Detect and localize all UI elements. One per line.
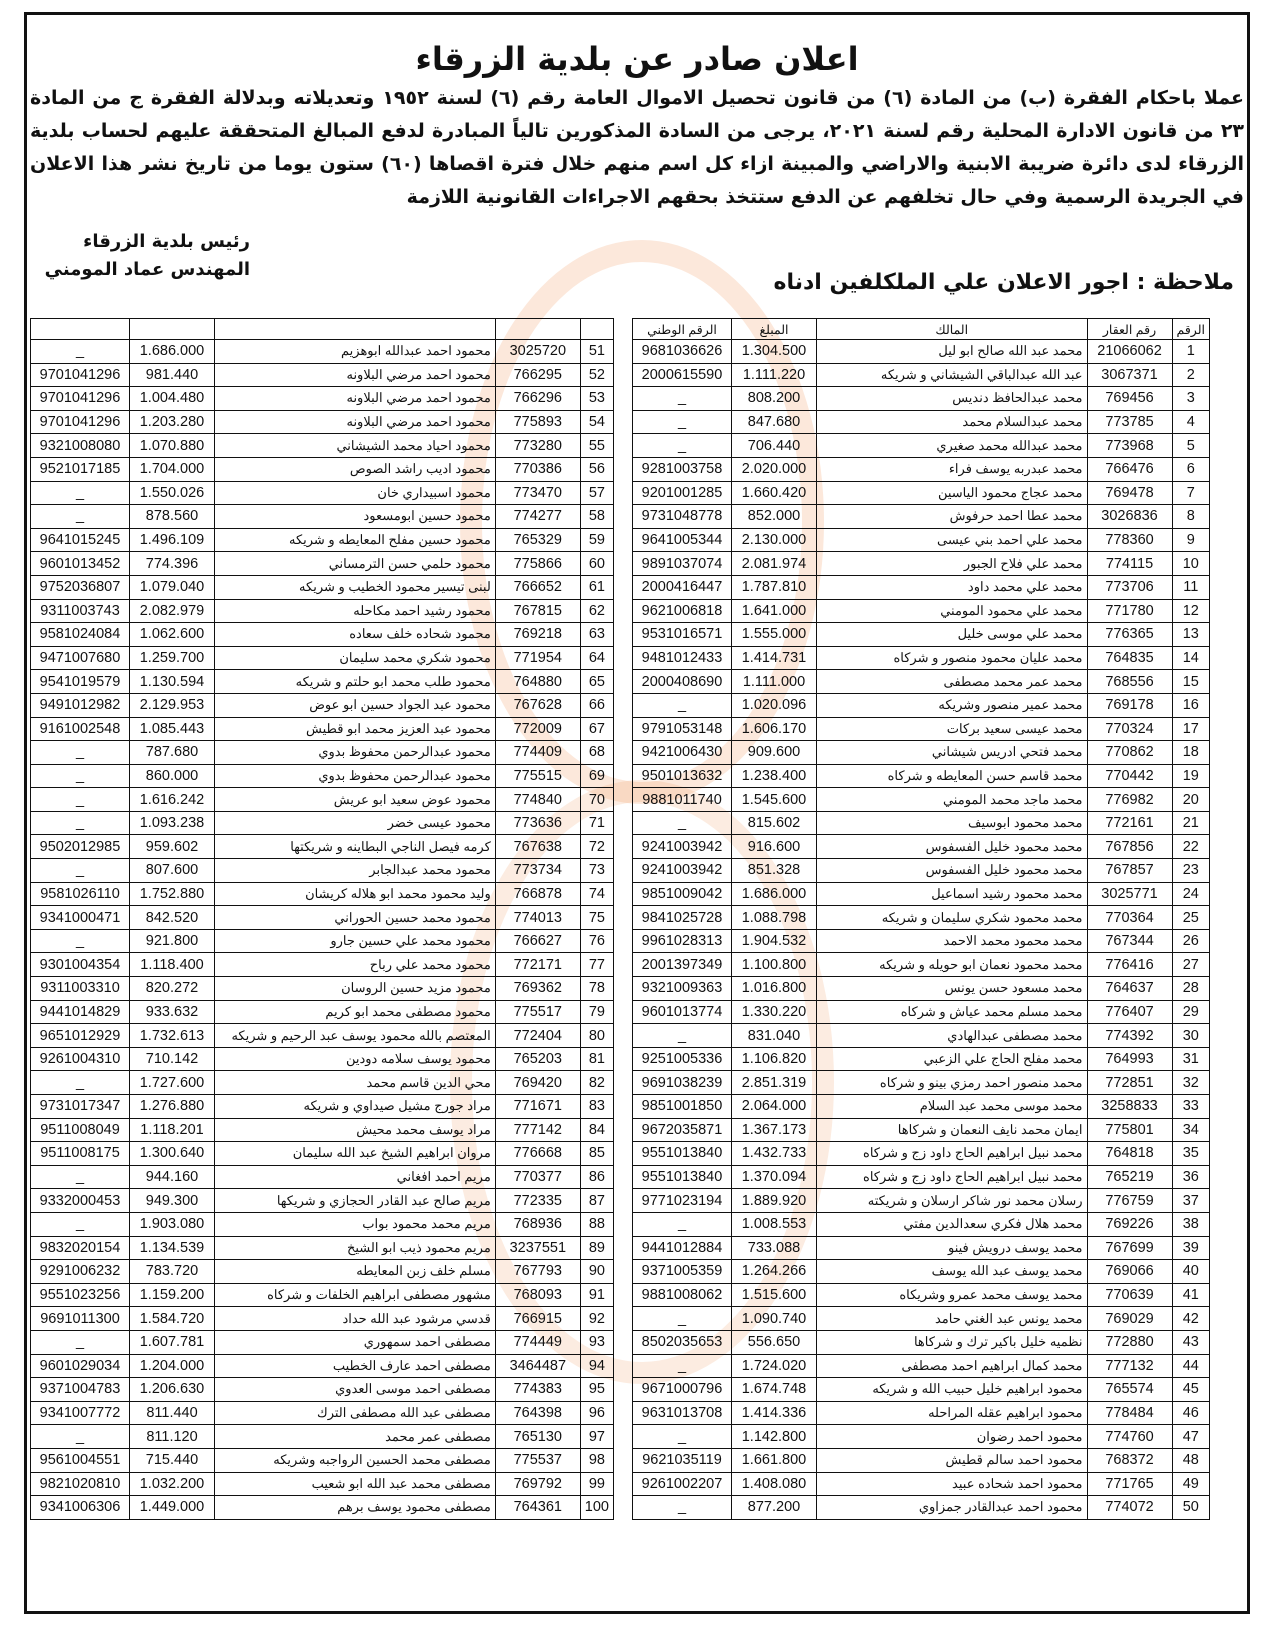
property-number: 765219	[1087, 1165, 1172, 1189]
national-id: _	[31, 1212, 130, 1236]
row-number: 25	[1172, 906, 1209, 930]
table-row: 91768093مشهور مصطفى ابراهيم الخلفات و شر…	[31, 1283, 614, 1307]
amount: 959.602	[130, 835, 215, 859]
table-row: 98775537مصطفى محمد الحسين الرواجبه وشريك…	[31, 1448, 614, 1472]
owner-name: مصطفى محمد الحسين الرواجبه وشريكه	[215, 1448, 496, 1472]
amount: 1.004.480	[130, 387, 215, 411]
amount: 815.602	[732, 811, 817, 835]
row-number: 78	[580, 977, 613, 1001]
row-number: 95	[580, 1378, 613, 1402]
national-id: 9261002207	[633, 1472, 732, 1496]
owner-name: محمد علي احمد بني عيسى	[817, 528, 1088, 552]
row-number: 87	[580, 1189, 613, 1213]
row-number: 75	[580, 906, 613, 930]
amount: 842.520	[130, 906, 215, 930]
amount: 2.064.000	[732, 1095, 817, 1119]
amount: 710.142	[130, 1047, 215, 1071]
national-id: 9701041296	[31, 363, 130, 387]
row-number: 46	[1172, 1401, 1209, 1425]
property-number: 770862	[1087, 741, 1172, 765]
owner-name: محمود مصطفى محمد ابو كريم	[215, 1000, 496, 1024]
national-id: 9881011740	[633, 788, 732, 812]
property-number: 769456	[1087, 387, 1172, 411]
table-row: 69775515محمود عبدالرحمن محفوظ بدوي860.00…	[31, 764, 614, 788]
table-row: 76766627محمود محمد علي حسين جارو921.800_	[31, 929, 614, 953]
property-number: 764398	[495, 1401, 580, 1425]
national-id: 9491012982	[31, 693, 130, 717]
row-number: 61	[580, 575, 613, 599]
table-row: 99769792مصطفى محمد عبد الله ابو شعيب1.03…	[31, 1472, 614, 1496]
amount: 1.555.000	[732, 623, 817, 647]
row-number: 7	[1172, 481, 1209, 505]
row-number: 11	[1172, 575, 1209, 599]
row-number: 62	[580, 599, 613, 623]
amount: 949.300	[130, 1189, 215, 1213]
table-row: 75774013محمود محمد حسين الحوراني842.5209…	[31, 906, 614, 930]
header-no	[580, 319, 613, 340]
row-number: 32	[1172, 1071, 1209, 1095]
owner-name: محمد محمود نعمان ابو حويله و شريكه	[817, 953, 1088, 977]
table-row: 121066062محمد عبد الله صالح ابو ليل1.304…	[633, 340, 1210, 364]
table-row: 83771671مراد جورج مشيل صيداوي و شريكه1.2…	[31, 1095, 614, 1119]
table-row: 18770862محمد فتحي ادريس شيشاني909.600942…	[633, 741, 1210, 765]
amount: 1.367.173	[732, 1118, 817, 1142]
announcement-body: عملا باحكام الفقرة (ب) من المادة (٦) من …	[30, 82, 1244, 214]
property-number: 774072	[1087, 1496, 1172, 1520]
row-number: 82	[580, 1071, 613, 1095]
row-number: 88	[580, 1212, 613, 1236]
table-row: 97765130مصطفى عمر محمد811.120_	[31, 1425, 614, 1449]
owner-name: محمد عبدالله محمد صغيري	[817, 434, 1088, 458]
national-id: 9851009042	[633, 882, 732, 906]
row-number: 47	[1172, 1425, 1209, 1449]
row-number: 60	[580, 552, 613, 576]
property-number: 764993	[1087, 1047, 1172, 1071]
property-number: 774409	[495, 741, 580, 765]
property-number: 764835	[1087, 646, 1172, 670]
national-id: _	[31, 859, 130, 883]
owner-name: محمد نبيل ابراهيم الحاج داود زج و شركاه	[817, 1165, 1088, 1189]
owner-name: مسلم خلف زبن المعايطه	[215, 1260, 496, 1284]
national-id: _	[633, 1354, 732, 1378]
national-id: _	[31, 340, 130, 364]
property-number: 766476	[1087, 457, 1172, 481]
owner-name: محمد محمود خليل الفسفوس	[817, 835, 1088, 859]
national-id: _	[633, 1024, 732, 1048]
property-number: 772161	[1087, 811, 1172, 835]
national-id: _	[31, 811, 130, 835]
table-row: 52766295محمود احمد مرضي البلاونه981.4409…	[31, 363, 614, 387]
property-number: 774840	[495, 788, 580, 812]
owner-name: مصطفى احمد عارف الخطيب	[215, 1354, 496, 1378]
table-header-row: الرقم رقم العقار المالك المبلغ الرقم الو…	[633, 319, 1210, 340]
row-number: 86	[580, 1165, 613, 1189]
amount: 1.020.096	[732, 693, 817, 717]
row-number: 36	[1172, 1165, 1209, 1189]
owner-name: محمود حلمي حسن الترمساني	[215, 552, 496, 576]
owner-name: محمود اديب راشد الصوص	[215, 457, 496, 481]
amount: 1.238.400	[732, 764, 817, 788]
row-number: 66	[580, 693, 613, 717]
property-number: 765130	[495, 1425, 580, 1449]
row-number: 77	[580, 953, 613, 977]
row-number: 93	[580, 1330, 613, 1354]
header-property: رقم العقار	[1087, 319, 1172, 340]
amount: 1.414.336	[732, 1401, 817, 1425]
national-id: 9681036626	[633, 340, 732, 364]
owner-name: مريم احمد افغاني	[215, 1165, 496, 1189]
amount: 1.704.000	[130, 457, 215, 481]
property-number: 775537	[495, 1448, 580, 1472]
owner-name: نظميه خليل باكير ترك و شركاها	[817, 1330, 1088, 1354]
national-id: 9701041296	[31, 410, 130, 434]
row-number: 44	[1172, 1354, 1209, 1378]
row-number: 71	[580, 811, 613, 835]
row-number: 58	[580, 505, 613, 529]
property-number: 775893	[495, 410, 580, 434]
row-number: 63	[580, 623, 613, 647]
national-id: 9371005359	[633, 1260, 732, 1284]
property-number: 3025720	[495, 340, 580, 364]
table-row: 85776668مروان ابراهيم الشيخ عبد الله سلي…	[31, 1142, 614, 1166]
property-number: 771765	[1087, 1472, 1172, 1496]
row-number: 84	[580, 1118, 613, 1142]
table-row: 47774760محمود احمد رضوان1.142.800_	[633, 1425, 1210, 1449]
national-id: 9441014829	[31, 1000, 130, 1024]
announcement-note: ملاحظة : اجور الاعلان علي الملكلفين ادنا…	[773, 270, 1234, 295]
national-id: 9601013452	[31, 552, 130, 576]
national-id: 9421006430	[633, 741, 732, 765]
row-number: 74	[580, 882, 613, 906]
amount: 909.600	[732, 741, 817, 765]
table-row: 59765329محمود حسين مفلح المعايطه و شريكه…	[31, 528, 614, 552]
national-id: 9771023194	[633, 1189, 732, 1213]
amount: 811.440	[130, 1401, 215, 1425]
owner-name: مريم محمد محمود بواب	[215, 1212, 496, 1236]
national-id: 9551013840	[633, 1165, 732, 1189]
row-number: 2	[1172, 363, 1209, 387]
table-row: 63769218محمود شحاده خلف سعاده1.062.60095…	[31, 623, 614, 647]
amount: 1.093.238	[130, 811, 215, 835]
national-id: 9161002548	[31, 717, 130, 741]
amount: 1.111.220	[732, 363, 817, 387]
owner-name: محمد عجاج محمود الياسين	[817, 481, 1088, 505]
amount: 2.130.000	[732, 528, 817, 552]
owner-name: محمد مصطفى عبدالهادي	[817, 1024, 1088, 1048]
national-id: 9311003743	[31, 599, 130, 623]
national-id: 9531016571	[633, 623, 732, 647]
amount: 1.496.109	[130, 528, 215, 552]
table-row: 74766878وليد محمود محمد ابو هلاله كريشان…	[31, 882, 614, 906]
owner-name: محمد محمود شكري سليمان و شريكه	[817, 906, 1088, 930]
table-row: 5773968محمد عبدالله محمد صغيري706.440_	[633, 434, 1210, 458]
property-number: 769792	[495, 1472, 580, 1496]
owner-name: محمد عبدالسلام محمد	[817, 410, 1088, 434]
property-number: 775515	[495, 764, 580, 788]
table-row: 19770442محمد قاسم حسن المعايطه و شركاه1.…	[633, 764, 1210, 788]
national-id: 9601013774	[633, 1000, 732, 1024]
owner-name: محمد منصور احمد رمزي بينو و شركاه	[817, 1071, 1088, 1095]
announcement-title: اعلان صادر عن بلدية الزرقاء	[0, 40, 1274, 78]
row-number: 40	[1172, 1260, 1209, 1284]
amount: 1.686.000	[732, 882, 817, 906]
amount: 1.449.000	[130, 1496, 215, 1520]
row-number: 8	[1172, 505, 1209, 529]
property-number: 767857	[1087, 859, 1172, 883]
owner-name: محمد يوسف عبد الله يوسف	[817, 1260, 1088, 1284]
national-id: 9481012433	[633, 646, 732, 670]
national-id: 9881008062	[633, 1283, 732, 1307]
national-id: 9541019579	[31, 670, 130, 694]
owner-name: محمود احمد عبدالله ابوهزيم	[215, 340, 496, 364]
table-row: 96764398مصطفى عبد الله مصطفى الترك811.44…	[31, 1401, 614, 1425]
property-number: 772880	[1087, 1330, 1172, 1354]
amount: 1.106.820	[732, 1047, 817, 1071]
table-row: 20776982محمد ماجد محمد المومني1.545.6009…	[633, 788, 1210, 812]
national-id: 9961028313	[633, 929, 732, 953]
national-id: _	[31, 1165, 130, 1189]
amount: 1.584.720	[130, 1307, 215, 1331]
national-id: 9691038239	[633, 1071, 732, 1095]
owner-name: محمد عبدالحافظ دنديس	[817, 387, 1088, 411]
row-number: 99	[580, 1472, 613, 1496]
national-id: 9241003942	[633, 859, 732, 883]
header-owner	[215, 319, 496, 340]
table-body-right: 121066062محمد عبد الله صالح ابو ليل1.304…	[633, 340, 1210, 1520]
amount: 2.081.974	[732, 552, 817, 576]
row-number: 41	[1172, 1283, 1209, 1307]
property-number: 769218	[495, 623, 580, 647]
table-row: 48768372محمود احمد سالم قطيش1.661.800962…	[633, 1448, 1210, 1472]
national-id: 9651012929	[31, 1024, 130, 1048]
amount: 1.130.594	[130, 670, 215, 694]
owner-name: محمد يونس عبد الغني حامد	[817, 1307, 1088, 1331]
table-row: 92766915قدسي مرشود عبد الله حداد1.584.72…	[31, 1307, 614, 1331]
row-number: 37	[1172, 1189, 1209, 1213]
row-number: 72	[580, 835, 613, 859]
property-number: 764880	[495, 670, 580, 694]
national-id: 2000615590	[633, 363, 732, 387]
property-number: 776982	[1087, 788, 1172, 812]
table-row: 65764880محمود طلب محمد ابو حلتم و شريكه1…	[31, 670, 614, 694]
national-id: 9511008049	[31, 1118, 130, 1142]
property-number: 767344	[1087, 929, 1172, 953]
owner-name: محمد قاسم حسن المعايطه و شركاه	[817, 764, 1088, 788]
national-id: _	[31, 764, 130, 788]
owner-name: محمود يوسف سلامه دودين	[215, 1047, 496, 1071]
property-number: 764818	[1087, 1142, 1172, 1166]
owner-name: محمود محمد علي حسين جارو	[215, 929, 496, 953]
row-number: 35	[1172, 1142, 1209, 1166]
national-id: _	[633, 811, 732, 835]
row-number: 26	[1172, 929, 1209, 953]
property-number: 3237551	[495, 1236, 580, 1260]
owner-name: محمد يوسف محمد عمرو وشريكاه	[817, 1283, 1088, 1307]
owner-name: المعتصم بالله محمود يوسف عبد الرحيم و شر…	[215, 1024, 496, 1048]
national-id: 9581026110	[31, 882, 130, 906]
header-national-id: الرقم الوطني	[633, 319, 732, 340]
amount: 808.200	[732, 387, 817, 411]
national-id: 9731017347	[31, 1095, 130, 1119]
owner-name: محمد هلال فكري سعدالدين مفتي	[817, 1212, 1088, 1236]
table-row: 81765203محمود يوسف سلامه دودين710.142926…	[31, 1047, 614, 1071]
owner-name: محمد كمال ابراهيم احمد مصطفى	[817, 1354, 1088, 1378]
amount: 944.160	[130, 1165, 215, 1189]
national-id: _	[633, 1307, 732, 1331]
amount: 1.904.532	[732, 929, 817, 953]
header-amount	[130, 319, 215, 340]
property-number: 769362	[495, 977, 580, 1001]
amount: 807.600	[130, 859, 215, 883]
amount: 852.000	[732, 505, 817, 529]
property-number: 776365	[1087, 623, 1172, 647]
amount: 1.159.200	[130, 1283, 215, 1307]
table-row: 9778360محمد علي احمد بني عيسى2.130.00096…	[633, 528, 1210, 552]
property-number: 772009	[495, 717, 580, 741]
row-number: 52	[580, 363, 613, 387]
table-row: 23767857محمد محمود خليل الفسفوس851.32892…	[633, 859, 1210, 883]
signature-name: المهندس عماد المومني	[30, 256, 250, 284]
national-id: _	[31, 929, 130, 953]
row-number: 15	[1172, 670, 1209, 694]
national-id: 9581024084	[31, 623, 130, 647]
row-number: 98	[580, 1448, 613, 1472]
property-number: 769226	[1087, 1212, 1172, 1236]
national-id: 9891037074	[633, 552, 732, 576]
table-row: 55773280محمود احياد محمد الشيشاني1.070.8…	[31, 434, 614, 458]
owner-name: محمود حسين ابومسعود	[215, 505, 496, 529]
national-id: 9821020810	[31, 1472, 130, 1496]
table-row: 68774409محمود عبدالرحمن محفوظ بدوي787.68…	[31, 741, 614, 765]
row-number: 28	[1172, 977, 1209, 1001]
national-id: 9551013840	[633, 1142, 732, 1166]
amount: 1.550.026	[130, 481, 215, 505]
amount: 1.515.600	[732, 1283, 817, 1307]
owner-name: مصطفى محمد عبد الله ابو شعيب	[215, 1472, 496, 1496]
property-number: 773636	[495, 811, 580, 835]
table-row: 3769456محمد عبدالحافظ دنديس808.200_	[633, 387, 1210, 411]
amount: 1.660.420	[732, 481, 817, 505]
property-number: 765329	[495, 528, 580, 552]
property-number: 774383	[495, 1378, 580, 1402]
owner-name: محمود عبدالرحمن محفوظ بدوي	[215, 741, 496, 765]
property-number: 3258833	[1087, 1095, 1172, 1119]
table-row: 54775893محمود احمد مرضي البلاونه1.203.28…	[31, 410, 614, 434]
property-number: 769029	[1087, 1307, 1172, 1331]
national-id: 9672035871	[633, 1118, 732, 1142]
owner-name: محمود عبد العزيز محمد ابو قطيش	[215, 717, 496, 741]
national-id: _	[633, 434, 732, 458]
property-number: 776668	[495, 1142, 580, 1166]
row-number: 9	[1172, 528, 1209, 552]
table-row: 72767638كرمه فيصل الناجي البطاينه و شريك…	[31, 835, 614, 859]
national-id: 9631013708	[633, 1401, 732, 1425]
owners-table-left: 513025720محمود احمد عبدالله ابوهزيم1.686…	[30, 318, 614, 1520]
table-row: 50774072محمود احمد عبدالقادر جمزاوي877.2…	[633, 1496, 1210, 1520]
row-number: 6	[1172, 457, 1209, 481]
property-number: 772851	[1087, 1071, 1172, 1095]
table-row: 83026836محمد عطا احمد حرفوش852.000973104…	[633, 505, 1210, 529]
owner-name: محمد محمود رشيد اسماعيل	[817, 882, 1088, 906]
row-number: 43	[1172, 1330, 1209, 1354]
table-row: 14764835محمد عليان محمود منصور و شركاه1.…	[633, 646, 1210, 670]
row-number: 30	[1172, 1024, 1209, 1048]
national-id: _	[31, 505, 130, 529]
owner-name: محمد علي فلاح الجبور	[817, 552, 1088, 576]
national-id: 9601029034	[31, 1354, 130, 1378]
table-row: 30774392محمد مصطفى عبدالهادي831.040_	[633, 1024, 1210, 1048]
amount: 1.203.280	[130, 410, 215, 434]
property-number: 769178	[1087, 693, 1172, 717]
property-number: 776416	[1087, 953, 1172, 977]
owner-name: محمود احياد محمد الشيشاني	[215, 434, 496, 458]
property-number: 765203	[495, 1047, 580, 1071]
table-body-left: 513025720محمود احمد عبدالله ابوهزيم1.686…	[31, 340, 614, 1520]
row-number: 24	[1172, 882, 1209, 906]
table-row: 45765574محمود ابراهيم خليل حبيب الله و ش…	[633, 1378, 1210, 1402]
row-number: 1	[1172, 340, 1209, 364]
table-row: 58774277محمود حسين ابومسعود878.560_	[31, 505, 614, 529]
table-row: 80772404المعتصم بالله محمود يوسف عبد الر…	[31, 1024, 614, 1048]
amount: 1.724.020	[732, 1354, 817, 1378]
row-number: 57	[580, 481, 613, 505]
row-number: 100	[580, 1496, 613, 1520]
owner-name: محمد موسى محمد عبد السلام	[817, 1095, 1088, 1119]
table-row: 70774840محمود عوض سعيد ابو عريش1.616.242…	[31, 788, 614, 812]
amount: 1.118.201	[130, 1118, 215, 1142]
row-number: 51	[580, 340, 613, 364]
property-number: 767628	[495, 693, 580, 717]
row-number: 68	[580, 741, 613, 765]
national-id: 9521017185	[31, 457, 130, 481]
amount: 811.120	[130, 1425, 215, 1449]
owner-name: محمد عليان محمود منصور و شركاه	[817, 646, 1088, 670]
owner-name: مصطفى محمود يوسف برهم	[215, 1496, 496, 1520]
row-number: 16	[1172, 693, 1209, 717]
national-id: 9501013632	[633, 764, 732, 788]
property-number: 767793	[495, 1260, 580, 1284]
amount: 1.408.080	[732, 1472, 817, 1496]
amount: 1.118.400	[130, 953, 215, 977]
amount: 820.272	[130, 977, 215, 1001]
national-id: 9621006818	[633, 599, 732, 623]
amount: 1.787.810	[732, 575, 817, 599]
row-number: 49	[1172, 1472, 1209, 1496]
property-number: 774115	[1087, 552, 1172, 576]
owner-name: محمد عيسى سعيد بركات	[817, 717, 1088, 741]
table-row: 100764361مصطفى محمود يوسف برهم1.449.0009…	[31, 1496, 614, 1520]
national-id: _	[31, 1071, 130, 1095]
national-id: 9701041296	[31, 387, 130, 411]
row-number: 18	[1172, 741, 1209, 765]
property-number: 768093	[495, 1283, 580, 1307]
property-number: 764637	[1087, 977, 1172, 1001]
national-id: 9851001850	[633, 1095, 732, 1119]
property-number: 774449	[495, 1330, 580, 1354]
property-number: 773280	[495, 434, 580, 458]
table-row: 31764993محمد مفلح الحاج علي الزعبي1.106.…	[633, 1047, 1210, 1071]
owner-name: محمد مفلح الحاج علي الزعبي	[817, 1047, 1088, 1071]
table-row: 23067371عبد الله عبدالباقي الشيشاني و شر…	[633, 363, 1210, 387]
national-id: _	[31, 788, 130, 812]
national-id: 9731048778	[633, 505, 732, 529]
property-number: 770639	[1087, 1283, 1172, 1307]
national-id: 9441012884	[633, 1236, 732, 1260]
row-number: 67	[580, 717, 613, 741]
owner-name: محمود احمد عبدالقادر جمزاوي	[817, 1496, 1088, 1520]
property-number: 770377	[495, 1165, 580, 1189]
amount: 1.264.266	[732, 1260, 817, 1284]
